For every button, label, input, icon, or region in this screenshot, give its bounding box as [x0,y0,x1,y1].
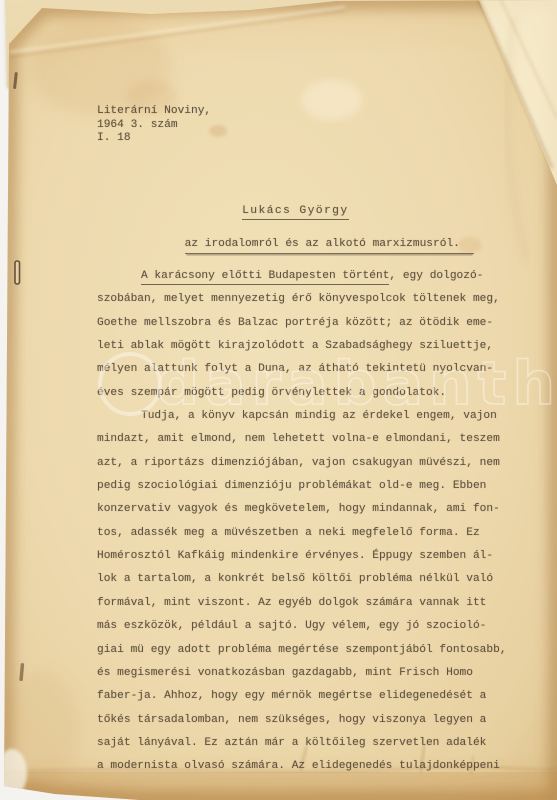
body-line: éves szempár mögött pedig örvénylettek a… [97,382,507,405]
fold-crease-highlight [10,7,345,52]
body-line: pedig szociológiai dimenzióju problémáka… [97,475,507,498]
body-line: mélyen alattunk folyt a Duna, az átható … [97,358,507,381]
body-line: tos, adassék meg a müvészetben a neki me… [97,522,507,545]
source-line: Literární Noviny, [97,105,211,119]
body-line: tőkés társadalomban, nem szükséges, hogy… [97,709,507,732]
body-line: Goethe mellszobra és Balzac portréja köz… [97,312,507,335]
body-line: más eszközök, például a sajtó. Ugy vélem… [97,615,507,638]
body-text: A karácsony előtti Budapesten történt, e… [97,265,507,779]
body-line: A karácsony előtti Budapesten történt, e… [97,265,507,288]
body-line: a modernista olvasó számára. Az elidegen… [97,755,507,778]
body-line: Tudja, a könyv kapcsán mindig az érdekel… [97,405,507,428]
corner-fold-crease [478,0,552,168]
source-line: 1964 3. szám [97,119,211,133]
source-line: I. 18 [97,132,211,146]
source-reference: Literární Noviny,1964 3. számI. 18 [97,105,211,146]
corner-sheet-edge [500,0,557,118]
body-line: saját lányával. Ez aztán már a költőileg… [97,732,507,755]
body-line: formával, mint viszont. Az egyéb dolgok … [97,592,507,615]
fold-crease [10,11,345,57]
body-line: Homérosztól Kafkáig mindenkire érvényes.… [97,545,507,568]
body-line: konzervativ vagyok és megkövetelem, hogy… [97,498,507,521]
stain [209,125,227,137]
body-line: faber-ja. Ahhoz, hogy egy mérnök megérts… [97,685,507,708]
body-line: mindazt, amit elmond, nem lehetett volna… [97,428,507,451]
body-line: giai mü egy adott probléma megértése sze… [97,639,507,662]
body-line: szobában, melyet mennyezetig érő könyves… [97,288,507,311]
corner-fold-flap [478,0,557,185]
body-line: azt, a riportázs dimenziójában, vajon cs… [97,452,507,475]
paper-sheet: Literární Noviny,1964 3. számI. 18 Lukác… [0,0,557,800]
subtitle-block: az irodalomról és az alkotó marxizmusról… [127,215,474,269]
body-line: és megismerési vonatkozásban gazdagabb, … [97,662,507,685]
scanned-document-photo: Literární Noviny,1964 3. számI. 18 Lukác… [0,0,557,800]
punch-slit [13,72,18,89]
torn-patch [0,749,27,797]
stain [28,20,172,116]
body-line: lok a tartalom, a konkrét belső költői p… [97,568,507,591]
punch-slit [15,261,20,284]
underlined-phrase: A karácsony előtti Budapesten történt [141,270,389,285]
stain [0,670,80,790]
body-line: leti ablak mögött kirajzolódott a Szabad… [97,335,507,358]
punch-slit [19,663,24,681]
light-spot [302,80,362,120]
page-subtitle: az irodalomról és az alkotó marxizmusról… [185,238,474,254]
